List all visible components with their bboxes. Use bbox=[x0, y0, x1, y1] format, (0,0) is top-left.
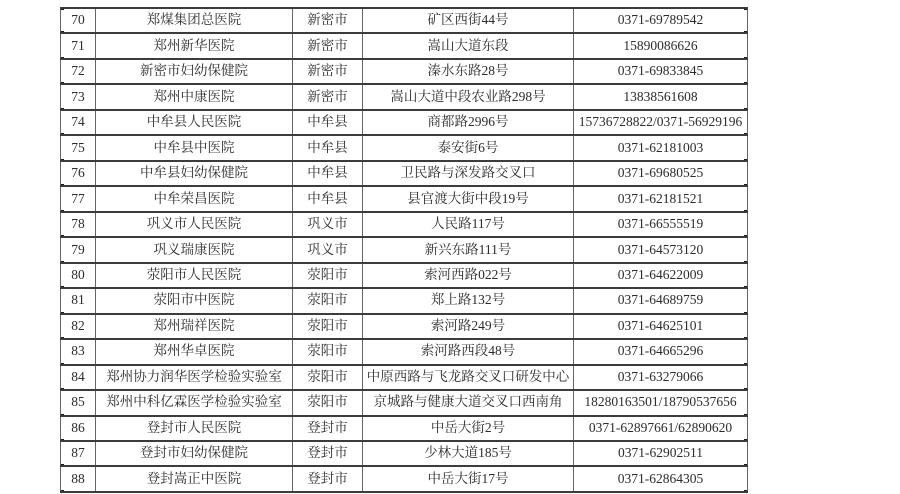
cell-address: 索河西路022号 bbox=[363, 263, 574, 288]
table-row: 82郑州瑞祥医院荥阳市索河路249号0371-64625101 bbox=[61, 314, 748, 339]
cell-no: 70 bbox=[61, 8, 96, 33]
cell-city: 中牟县 bbox=[293, 110, 363, 135]
cell-phone: 0371-64573120 bbox=[574, 237, 748, 262]
cell-name: 巩义瑞康医院 bbox=[96, 237, 293, 262]
cell-city: 中牟县 bbox=[293, 186, 363, 211]
hospital-table-body: 70郑煤集团总医院新密市矿区西街44号0371-6978954271郑州新华医院… bbox=[61, 8, 748, 492]
document-page: 70郑煤集团总医院新密市矿区西街44号0371-6978954271郑州新华医院… bbox=[0, 0, 900, 494]
cell-city: 新密市 bbox=[293, 84, 363, 109]
cell-address: 少林大道185号 bbox=[363, 441, 574, 466]
cell-name: 郑州协力润华医学检验实验室 bbox=[96, 365, 293, 390]
cell-address: 中岳大街17号 bbox=[363, 466, 574, 492]
cell-city: 荥阳市 bbox=[293, 390, 363, 415]
cell-address: 中原西路与飞龙路交叉口研发中心 bbox=[363, 365, 574, 390]
cell-no: 75 bbox=[61, 135, 96, 160]
cell-name: 中牟县人民医院 bbox=[96, 110, 293, 135]
cell-name: 荥阳市人民医院 bbox=[96, 263, 293, 288]
cell-no: 83 bbox=[61, 339, 96, 364]
cell-phone: 0371-62181003 bbox=[574, 135, 748, 160]
cell-address: 索河路西段48号 bbox=[363, 339, 574, 364]
table-row: 76中牟县妇幼保健院中牟县卫民路与深发路交叉口0371-69680525 bbox=[61, 161, 748, 186]
cell-phone: 0371-69833845 bbox=[574, 59, 748, 84]
cell-name: 登封市人民医院 bbox=[96, 416, 293, 441]
cell-address: 泰安街6号 bbox=[363, 135, 574, 160]
table-row: 85郑州中科亿霖医学检验实验室荥阳市京城路与健康大道交叉口西南角18280163… bbox=[61, 390, 748, 415]
cell-city: 中牟县 bbox=[293, 161, 363, 186]
cell-phone: 18280163501/18790537656 bbox=[574, 390, 748, 415]
cell-name: 郑煤集团总医院 bbox=[96, 8, 293, 33]
cell-phone: 15890086626 bbox=[574, 33, 748, 58]
table-row: 84郑州协力润华医学检验实验室荥阳市中原西路与飞龙路交叉口研发中心0371-63… bbox=[61, 365, 748, 390]
cell-phone: 0371-62897661/62890620 bbox=[574, 416, 748, 441]
table-row: 77中牟荣昌医院中牟县县官渡大街中段19号0371-62181521 bbox=[61, 186, 748, 211]
cell-no: 76 bbox=[61, 161, 96, 186]
cell-address: 县官渡大街中段19号 bbox=[363, 186, 574, 211]
cell-phone: 0371-62902511 bbox=[574, 441, 748, 466]
cell-name: 巩义市人民医院 bbox=[96, 212, 293, 237]
cell-no: 71 bbox=[61, 33, 96, 58]
table-row: 71郑州新华医院新密市嵩山大道东段15890086626 bbox=[61, 33, 748, 58]
cell-phone: 0371-69680525 bbox=[574, 161, 748, 186]
cell-city: 荥阳市 bbox=[293, 365, 363, 390]
cell-city: 新密市 bbox=[293, 59, 363, 84]
cell-no: 87 bbox=[61, 441, 96, 466]
cell-city: 巩义市 bbox=[293, 212, 363, 237]
cell-city: 登封市 bbox=[293, 441, 363, 466]
cell-no: 81 bbox=[61, 288, 96, 313]
cell-name: 登封市妇幼保健院 bbox=[96, 441, 293, 466]
table-row: 81荥阳市中医院荥阳市郑上路132号0371-64689759 bbox=[61, 288, 748, 313]
cell-phone: 13838561608 bbox=[574, 84, 748, 109]
cell-no: 72 bbox=[61, 59, 96, 84]
cell-phone: 0371-63279066 bbox=[574, 365, 748, 390]
cell-phone: 15736728822/0371-56929196 bbox=[574, 110, 748, 135]
cell-address: 中岳大街2号 bbox=[363, 416, 574, 441]
cell-no: 74 bbox=[61, 110, 96, 135]
table-row: 88登封嵩正中医院登封市中岳大街17号0371-62864305 bbox=[61, 466, 748, 492]
cell-no: 77 bbox=[61, 186, 96, 211]
cell-address: 卫民路与深发路交叉口 bbox=[363, 161, 574, 186]
table-row: 87登封市妇幼保健院登封市少林大道185号0371-62902511 bbox=[61, 441, 748, 466]
cell-name: 荥阳市中医院 bbox=[96, 288, 293, 313]
cell-no: 85 bbox=[61, 390, 96, 415]
cell-phone: 0371-64622009 bbox=[574, 263, 748, 288]
table-row: 83郑州华卓医院荥阳市索河路西段48号0371-64665296 bbox=[61, 339, 748, 364]
cell-address: 索河路249号 bbox=[363, 314, 574, 339]
cell-city: 巩义市 bbox=[293, 237, 363, 262]
cell-name: 郑州中科亿霖医学检验实验室 bbox=[96, 390, 293, 415]
table-row: 72新密市妇幼保健院新密市溱水东路28号0371-69833845 bbox=[61, 59, 748, 84]
cell-city: 登封市 bbox=[293, 416, 363, 441]
cell-name: 中牟县中医院 bbox=[96, 135, 293, 160]
cell-name: 郑州华卓医院 bbox=[96, 339, 293, 364]
cell-no: 84 bbox=[61, 365, 96, 390]
cell-address: 郑上路132号 bbox=[363, 288, 574, 313]
cell-city: 中牟县 bbox=[293, 135, 363, 160]
table-row: 80荥阳市人民医院荥阳市索河西路022号0371-64622009 bbox=[61, 263, 748, 288]
cell-address: 商都路2996号 bbox=[363, 110, 574, 135]
cell-city: 荥阳市 bbox=[293, 288, 363, 313]
cell-name: 登封嵩正中医院 bbox=[96, 466, 293, 492]
cell-no: 82 bbox=[61, 314, 96, 339]
table-row: 73郑州中康医院新密市嵩山大道中段农业路298号13838561608 bbox=[61, 84, 748, 109]
cell-phone: 0371-64689759 bbox=[574, 288, 748, 313]
cell-no: 73 bbox=[61, 84, 96, 109]
cell-address: 嵩山大道东段 bbox=[363, 33, 574, 58]
cell-address: 新兴东路111号 bbox=[363, 237, 574, 262]
cell-phone: 0371-62181521 bbox=[574, 186, 748, 211]
cell-phone: 0371-69789542 bbox=[574, 8, 748, 33]
table-row: 86登封市人民医院登封市中岳大街2号0371-62897661/62890620 bbox=[61, 416, 748, 441]
cell-no: 80 bbox=[61, 263, 96, 288]
cell-city: 荥阳市 bbox=[293, 339, 363, 364]
table-row: 78巩义市人民医院巩义市人民路117号0371-66555519 bbox=[61, 212, 748, 237]
cell-name: 郑州新华医院 bbox=[96, 33, 293, 58]
hospital-table: 70郑煤集团总医院新密市矿区西街44号0371-6978954271郑州新华医院… bbox=[60, 7, 748, 493]
cell-name: 新密市妇幼保健院 bbox=[96, 59, 293, 84]
table-row: 75中牟县中医院中牟县泰安街6号0371-62181003 bbox=[61, 135, 748, 160]
cell-city: 荥阳市 bbox=[293, 314, 363, 339]
cell-address: 矿区西街44号 bbox=[363, 8, 574, 33]
cell-name: 中牟县妇幼保健院 bbox=[96, 161, 293, 186]
cell-address: 京城路与健康大道交叉口西南角 bbox=[363, 390, 574, 415]
cell-city: 荥阳市 bbox=[293, 263, 363, 288]
cell-phone: 0371-64625101 bbox=[574, 314, 748, 339]
cell-address: 人民路117号 bbox=[363, 212, 574, 237]
cell-address: 溱水东路28号 bbox=[363, 59, 574, 84]
cell-city: 新密市 bbox=[293, 8, 363, 33]
cell-address: 嵩山大道中段农业路298号 bbox=[363, 84, 574, 109]
cell-no: 88 bbox=[61, 466, 96, 492]
cell-phone: 0371-64665296 bbox=[574, 339, 748, 364]
table-row: 79巩义瑞康医院巩义市新兴东路111号0371-64573120 bbox=[61, 237, 748, 262]
table-row: 70郑煤集团总医院新密市矿区西街44号0371-69789542 bbox=[61, 8, 748, 33]
cell-name: 中牟荣昌医院 bbox=[96, 186, 293, 211]
cell-city: 新密市 bbox=[293, 33, 363, 58]
cell-phone: 0371-66555519 bbox=[574, 212, 748, 237]
cell-name: 郑州瑞祥医院 bbox=[96, 314, 293, 339]
cell-name: 郑州中康医院 bbox=[96, 84, 293, 109]
table-row: 74中牟县人民医院中牟县商都路2996号15736728822/0371-569… bbox=[61, 110, 748, 135]
cell-no: 86 bbox=[61, 416, 96, 441]
cell-no: 79 bbox=[61, 237, 96, 262]
cell-no: 78 bbox=[61, 212, 96, 237]
cell-city: 登封市 bbox=[293, 466, 363, 492]
cell-phone: 0371-62864305 bbox=[574, 466, 748, 492]
